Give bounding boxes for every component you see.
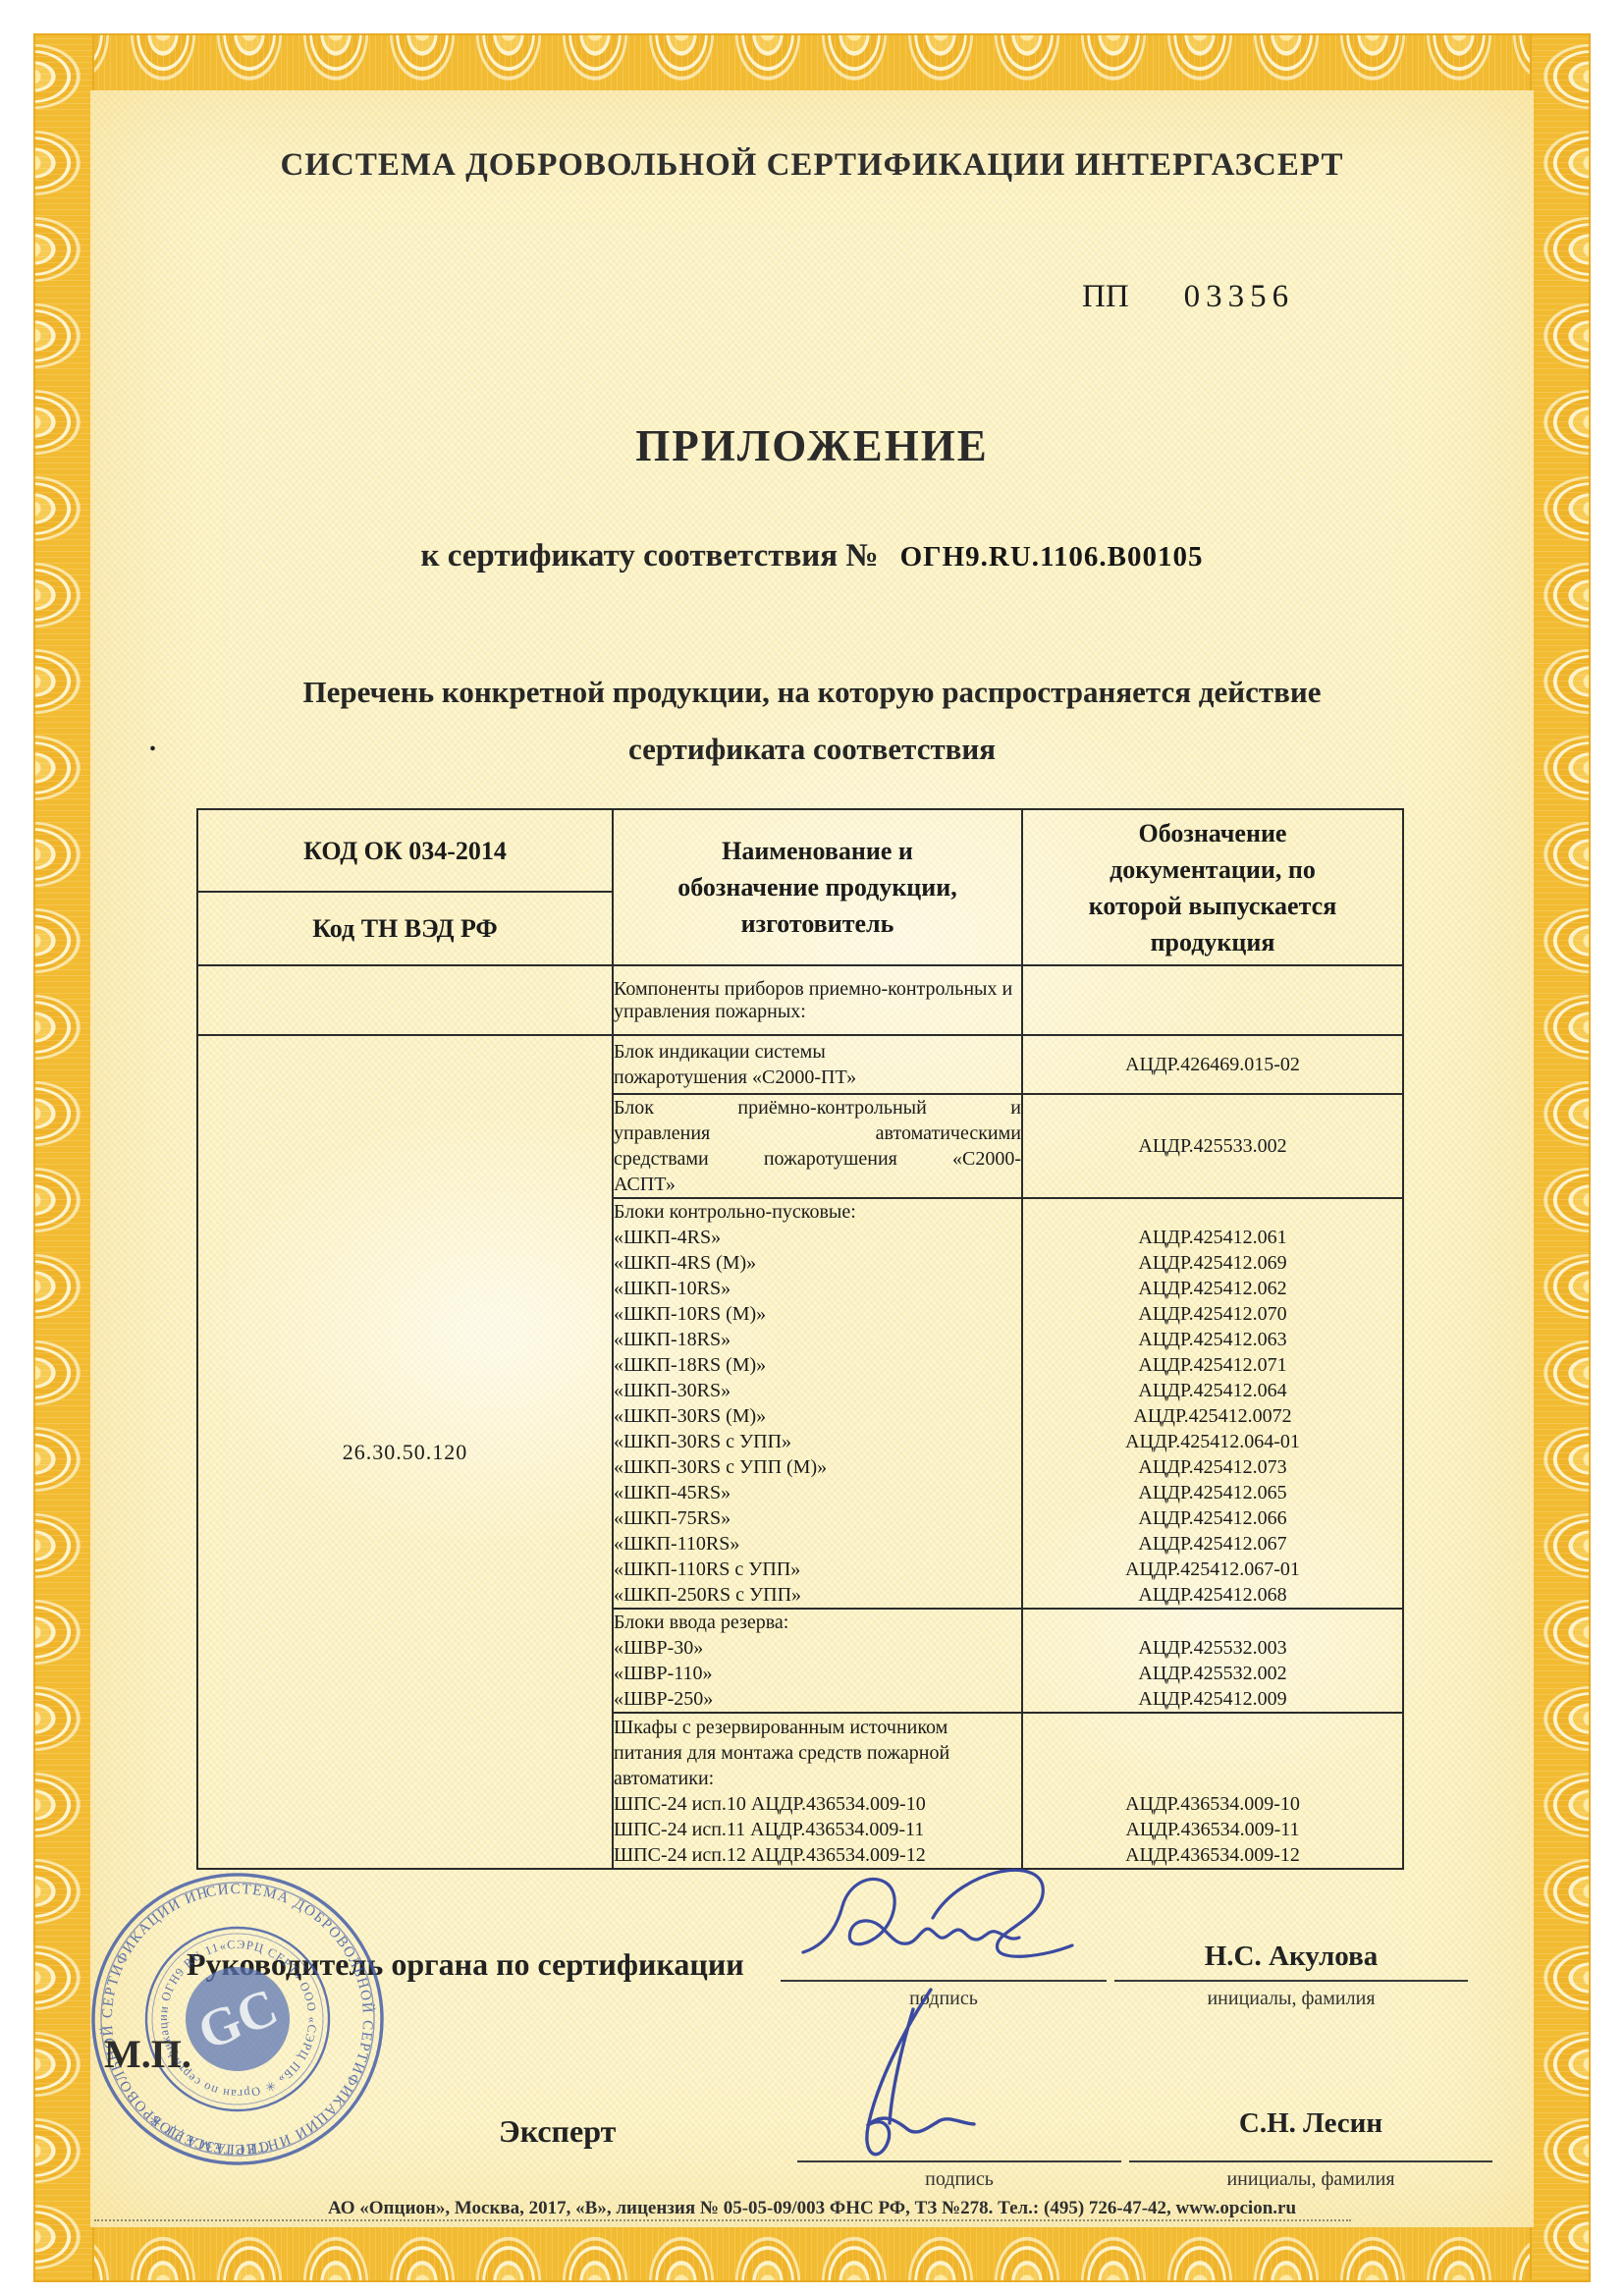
shkp-item-name: «ШКП-10RS» — [614, 1276, 1021, 1301]
cell-intro-doc-empty — [1022, 965, 1403, 1035]
doc-spacer — [1023, 1199, 1402, 1225]
shkp-item-doc: АЦДР.425412.064-01 — [1023, 1429, 1402, 1454]
certificate-page: СИСТЕМА ДОБРОВОЛЬНОЙ СЕРТИФИКАЦИИ ИНТЕРГ… — [0, 0, 1624, 2296]
shkp-item-name: «ШКП-110RS» — [614, 1531, 1021, 1557]
shkp-item-name: «ШКП-250RS с УПП» — [614, 1582, 1021, 1608]
shkp-item-name: «ШКП-30RS с УПП (М)» — [614, 1454, 1021, 1480]
cell-shps-docs: АЦДР.436534.009-10 АЦДР.436534.009-11 АЦ… — [1022, 1713, 1403, 1869]
expert-name-line — [1129, 2160, 1492, 2162]
expert-signature-caption: подпись — [797, 2168, 1121, 2191]
form-code-label: ПП — [1082, 279, 1129, 314]
shvr-item-name: «ШВР-110» — [614, 1661, 1021, 1686]
expert-signature-ink — [766, 1984, 1060, 2170]
cell-intro-text: Компоненты приборов приемно-контрольных … — [613, 965, 1022, 1035]
aspt-name-line: средствами пожаротушения «С2000- — [614, 1146, 1021, 1172]
certificate-number: ОГН9.RU.1106.B00105 — [900, 541, 1204, 573]
shps-group-title-line: Шкафы с резервированным источником — [614, 1715, 1021, 1740]
shps-item-doc: АЦДР.436534.009-11 — [1023, 1817, 1402, 1842]
scope-description: Перечень конкретной продукции, на котору… — [0, 664, 1624, 778]
shkp-item-doc: АЦДР.425412.069 — [1023, 1250, 1402, 1276]
table-header-row-1: КОД ОК 034-2014 Наименование и обозначен… — [197, 809, 1403, 892]
shvr-item-doc: АЦДР.425412.009 — [1023, 1686, 1402, 1712]
cell-empty-code — [197, 965, 613, 1035]
doc-spacer — [1023, 1715, 1402, 1740]
expert-label: Эксперт — [499, 2113, 616, 2150]
shkp-item-doc: АЦДР.425412.066 — [1023, 1505, 1402, 1531]
expert-name: С.Н. Лесин — [1129, 2107, 1492, 2140]
cell-aspt-name: Блок приёмно-контрольный и управления ав… — [613, 1094, 1022, 1198]
aspt-name-line: управления автоматическими — [614, 1121, 1021, 1146]
shkp-item-name: «ШКП-4RS (М)» — [614, 1250, 1021, 1276]
doc-spacer — [1023, 1766, 1402, 1791]
shkp-item-doc: АЦДР.425412.061 — [1023, 1225, 1402, 1250]
shkp-item-name: «ШКП-18RS» — [614, 1327, 1021, 1352]
cell-aspt-doc: АЦДР.425533.002 — [1022, 1094, 1403, 1198]
table-row-intro: Компоненты приборов приемно-контрольных … — [197, 965, 1403, 1035]
shvr-item-doc: АЦДР.425532.002 — [1023, 1661, 1402, 1686]
shvr-item-name: «ШВР-250» — [614, 1686, 1021, 1712]
form-code-line: ПП03356 — [1082, 279, 1294, 315]
shkp-group-title: Блоки контрольно-пусковые: — [614, 1199, 1021, 1225]
shkp-item-doc: АЦДР.425412.0072 — [1023, 1403, 1402, 1429]
header-code-tnved: Код ТН ВЭД РФ — [197, 892, 613, 965]
cell-shvr-names: Блоки ввода резерва: «ШВР-30» «ШВР-110» … — [613, 1609, 1022, 1713]
shkp-item-name: «ШКП-10RS (М)» — [614, 1301, 1021, 1327]
cell-shps-names: Шкафы с резервированным источником питан… — [613, 1713, 1022, 1869]
shps-group-title-line: автоматики: — [614, 1766, 1021, 1791]
microtext-rule — [94, 2219, 1351, 2221]
products-table: КОД ОК 034-2014 Наименование и обозначен… — [196, 808, 1404, 1870]
shkp-item-name: «ШКП-30RS с УПП» — [614, 1429, 1021, 1454]
aspt-name-line: Блок приёмно-контрольный и — [614, 1095, 1021, 1121]
shps-item-name: ШПС-24 исп.10 АЦДР.436534.009-10 — [614, 1791, 1021, 1817]
system-title: СИСТЕМА ДОБРОВОЛЬНОЙ СЕРТИФИКАЦИИ ИНТЕРГ… — [0, 147, 1624, 184]
head-signatory-name: Н.С. Акулова — [1114, 1941, 1468, 1973]
stamp-place-mark: М.П. — [104, 2031, 191, 2077]
shkp-item-name: «ШКП-30RS (М)» — [614, 1403, 1021, 1429]
stray-dot-mark: . — [149, 727, 156, 758]
certificate-reference-label: к сертификату соответствия № — [420, 538, 878, 574]
shkp-item-doc: АЦДР.425412.064 — [1023, 1378, 1402, 1403]
certification-stamp-seal: СИСТЕМА ДОБРОВОЛЬНОЙ СЕРТИФИКАЦИИ ИНТЕРГ… — [84, 1866, 391, 2172]
shkp-item-doc: АЦДР.425412.067-01 — [1023, 1557, 1402, 1582]
shvr-item-name: «ШВР-30» — [614, 1635, 1021, 1661]
header-code-ok: КОД ОК 034-2014 — [197, 809, 613, 892]
frame-border-right — [1530, 33, 1591, 2282]
cell-shkp-names: Блоки контрольно-пусковые: «ШКП-4RS» «ШК… — [613, 1198, 1022, 1609]
shps-item-doc: АЦДР.436534.009-10 — [1023, 1791, 1402, 1817]
cell-shkp-docs: АЦДР.425412.061 АЦДР.425412.069 АЦДР.425… — [1022, 1198, 1403, 1609]
shkp-item-doc: АЦДР.425412.067 — [1023, 1531, 1402, 1557]
frame-border-top — [33, 33, 1591, 94]
doc-spacer — [1023, 1610, 1402, 1635]
shkp-item-doc: АЦДР.425412.071 — [1023, 1352, 1402, 1378]
printer-imprint: АО «Опцион», Москва, 2017, «В», лицензия… — [0, 2198, 1624, 2219]
certificate-reference-line: к сертификату соответствия №ОГН9.RU.1106… — [0, 538, 1624, 574]
shkp-item-name: «ШКП-110RS с УПП» — [614, 1557, 1021, 1582]
page-title: ПРИЛОЖЕНИЕ — [0, 420, 1624, 471]
shkp-item-doc: АЦДР.425412.070 — [1023, 1301, 1402, 1327]
aspt-name-line: АСПТ» — [614, 1172, 1021, 1197]
cell-indication-doc: АЦДР.426469.015-02 — [1022, 1035, 1403, 1094]
form-number: 03356 — [1184, 279, 1295, 314]
shkp-item-name: «ШКП-18RS (М)» — [614, 1352, 1021, 1378]
shkp-item-name: «ШКП-45RS» — [614, 1480, 1021, 1505]
shkp-item-name: «ШКП-30RS» — [614, 1378, 1021, 1403]
cell-shvr-docs: АЦДР.425532.003 АЦДР.425532.002 АЦДР.425… — [1022, 1609, 1403, 1713]
shvr-group-title: Блоки ввода резерва: — [614, 1610, 1021, 1635]
cell-ok-code: 26.30.50.120 — [197, 1035, 613, 1869]
shkp-item-doc: АЦДР.425412.062 — [1023, 1276, 1402, 1301]
shkp-item-doc: АЦДР.425412.063 — [1023, 1327, 1402, 1352]
frame-border-bottom — [33, 2223, 1591, 2282]
header-product-name: Наименование и обозначение продукции, из… — [613, 809, 1022, 965]
cell-indication-name: Блок индикации системы пожаротушения «С2… — [613, 1035, 1022, 1094]
shkp-item-doc: АЦДР.425412.065 — [1023, 1480, 1402, 1505]
shps-item-name: ШПС-24 исп.11 АЦДР.436534.009-11 — [614, 1817, 1021, 1842]
shps-group-title-line: питания для монтажа средств пожарной — [614, 1740, 1021, 1766]
table-row-indication: 26.30.50.120 Блок индикации системы пожа… — [197, 1035, 1403, 1094]
shkp-item-name: «ШКП-75RS» — [614, 1505, 1021, 1531]
expert-name-caption: инициалы, фамилия — [1129, 2168, 1492, 2191]
head-name-caption: инициалы, фамилия — [1114, 1988, 1468, 2010]
doc-spacer — [1023, 1740, 1402, 1766]
head-signature-ink — [785, 1859, 1110, 1987]
shkp-item-doc: АЦДР.425412.068 — [1023, 1582, 1402, 1608]
shkp-item-doc: АЦДР.425412.073 — [1023, 1454, 1402, 1480]
shvr-item-doc: АЦДР.425532.003 — [1023, 1635, 1402, 1661]
shkp-item-name: «ШКП-4RS» — [614, 1225, 1021, 1250]
header-documentation: Обозначение документации, по которой вып… — [1022, 809, 1403, 965]
head-name-line — [1114, 1980, 1468, 1982]
